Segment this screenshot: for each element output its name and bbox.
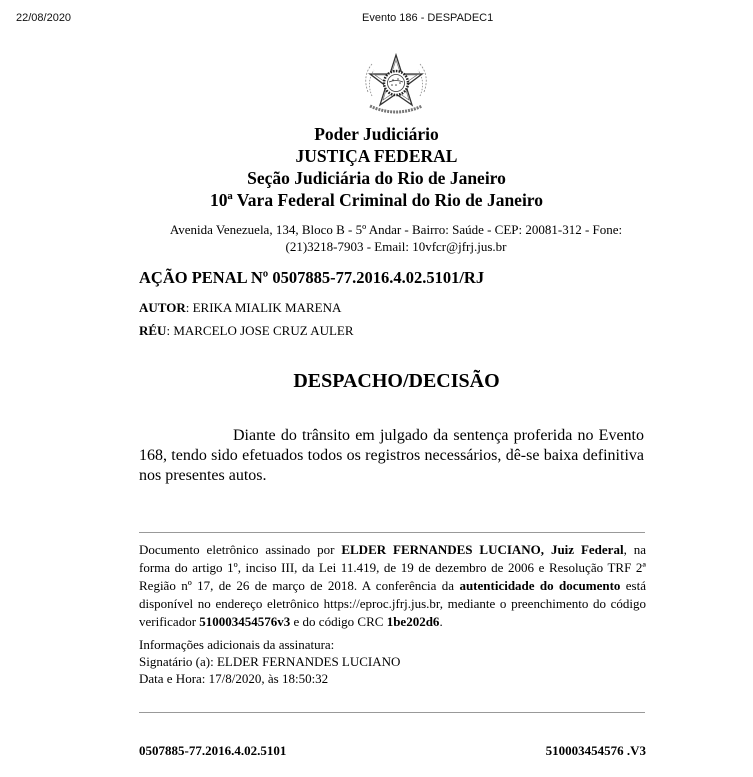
institution-line-3: Seção Judiciária do Rio de Janeiro — [0, 168, 753, 189]
document-body: Diante do trânsito em julgado da sentenç… — [139, 426, 644, 486]
divider-bottom — [139, 712, 645, 713]
institution-line-4: 10ª Vara Federal Criminal do Rio de Jane… — [0, 190, 753, 211]
info-heading: Informações adicionais da assinatura: — [139, 636, 400, 653]
signatory: Signatário (a): ELDER FERNANDES LUCIANO — [139, 653, 400, 670]
signature-block: Documento eletrônico assinado por ELDER … — [139, 541, 646, 631]
institution-line-2: JUSTIÇA FEDERAL — [0, 146, 753, 167]
footer-verifier-code: 510003454576 .V3 — [0, 743, 646, 759]
signature-datetime: Data e Hora: 17/8/2020, às 18:50:32 — [139, 670, 400, 687]
institution-line-1: Poder Judiciário — [0, 124, 753, 145]
signature-additional-info: Informações adicionais da assinatura: Si… — [139, 636, 400, 687]
body-paragraph: Diante do trânsito em julgado da sentenç… — [139, 426, 644, 486]
court-address: Avenida Venezuela, 134, Bloco B - 5º And… — [140, 221, 652, 255]
divider-top — [139, 532, 645, 533]
party-autor: AUTOR: ERIKA MIALIK MARENA — [139, 300, 341, 316]
address-line-1: Avenida Venezuela, 134, Bloco B - 5º And… — [140, 221, 652, 238]
print-header: 22/08/2020 Evento 186 - DESPADEC1 — [0, 12, 753, 28]
document-title: DESPACHO/DECISÃO — [0, 370, 753, 393]
signature-statement: Documento eletrônico assinado por ELDER … — [139, 541, 646, 631]
print-date: 22/08/2020 — [16, 12, 71, 24]
brazil-coat-of-arms-icon — [358, 52, 434, 118]
case-number-title: AÇÃO PENAL Nº 0507885-77.2016.4.02.5101/… — [139, 268, 484, 288]
address-line-2: (21)3218-7903 - Email: 10vfcr@jfrj.jus.b… — [140, 238, 652, 255]
reu-value: : MARCELO JOSE CRUZ AULER — [166, 323, 353, 338]
print-title: Evento 186 - DESPADEC1 — [362, 12, 493, 24]
autor-value: : ERIKA MIALIK MARENA — [186, 300, 342, 315]
reu-label: RÉU — [139, 323, 166, 338]
autor-label: AUTOR — [139, 300, 186, 315]
party-reu: RÉU: MARCELO JOSE CRUZ AULER — [139, 323, 354, 339]
